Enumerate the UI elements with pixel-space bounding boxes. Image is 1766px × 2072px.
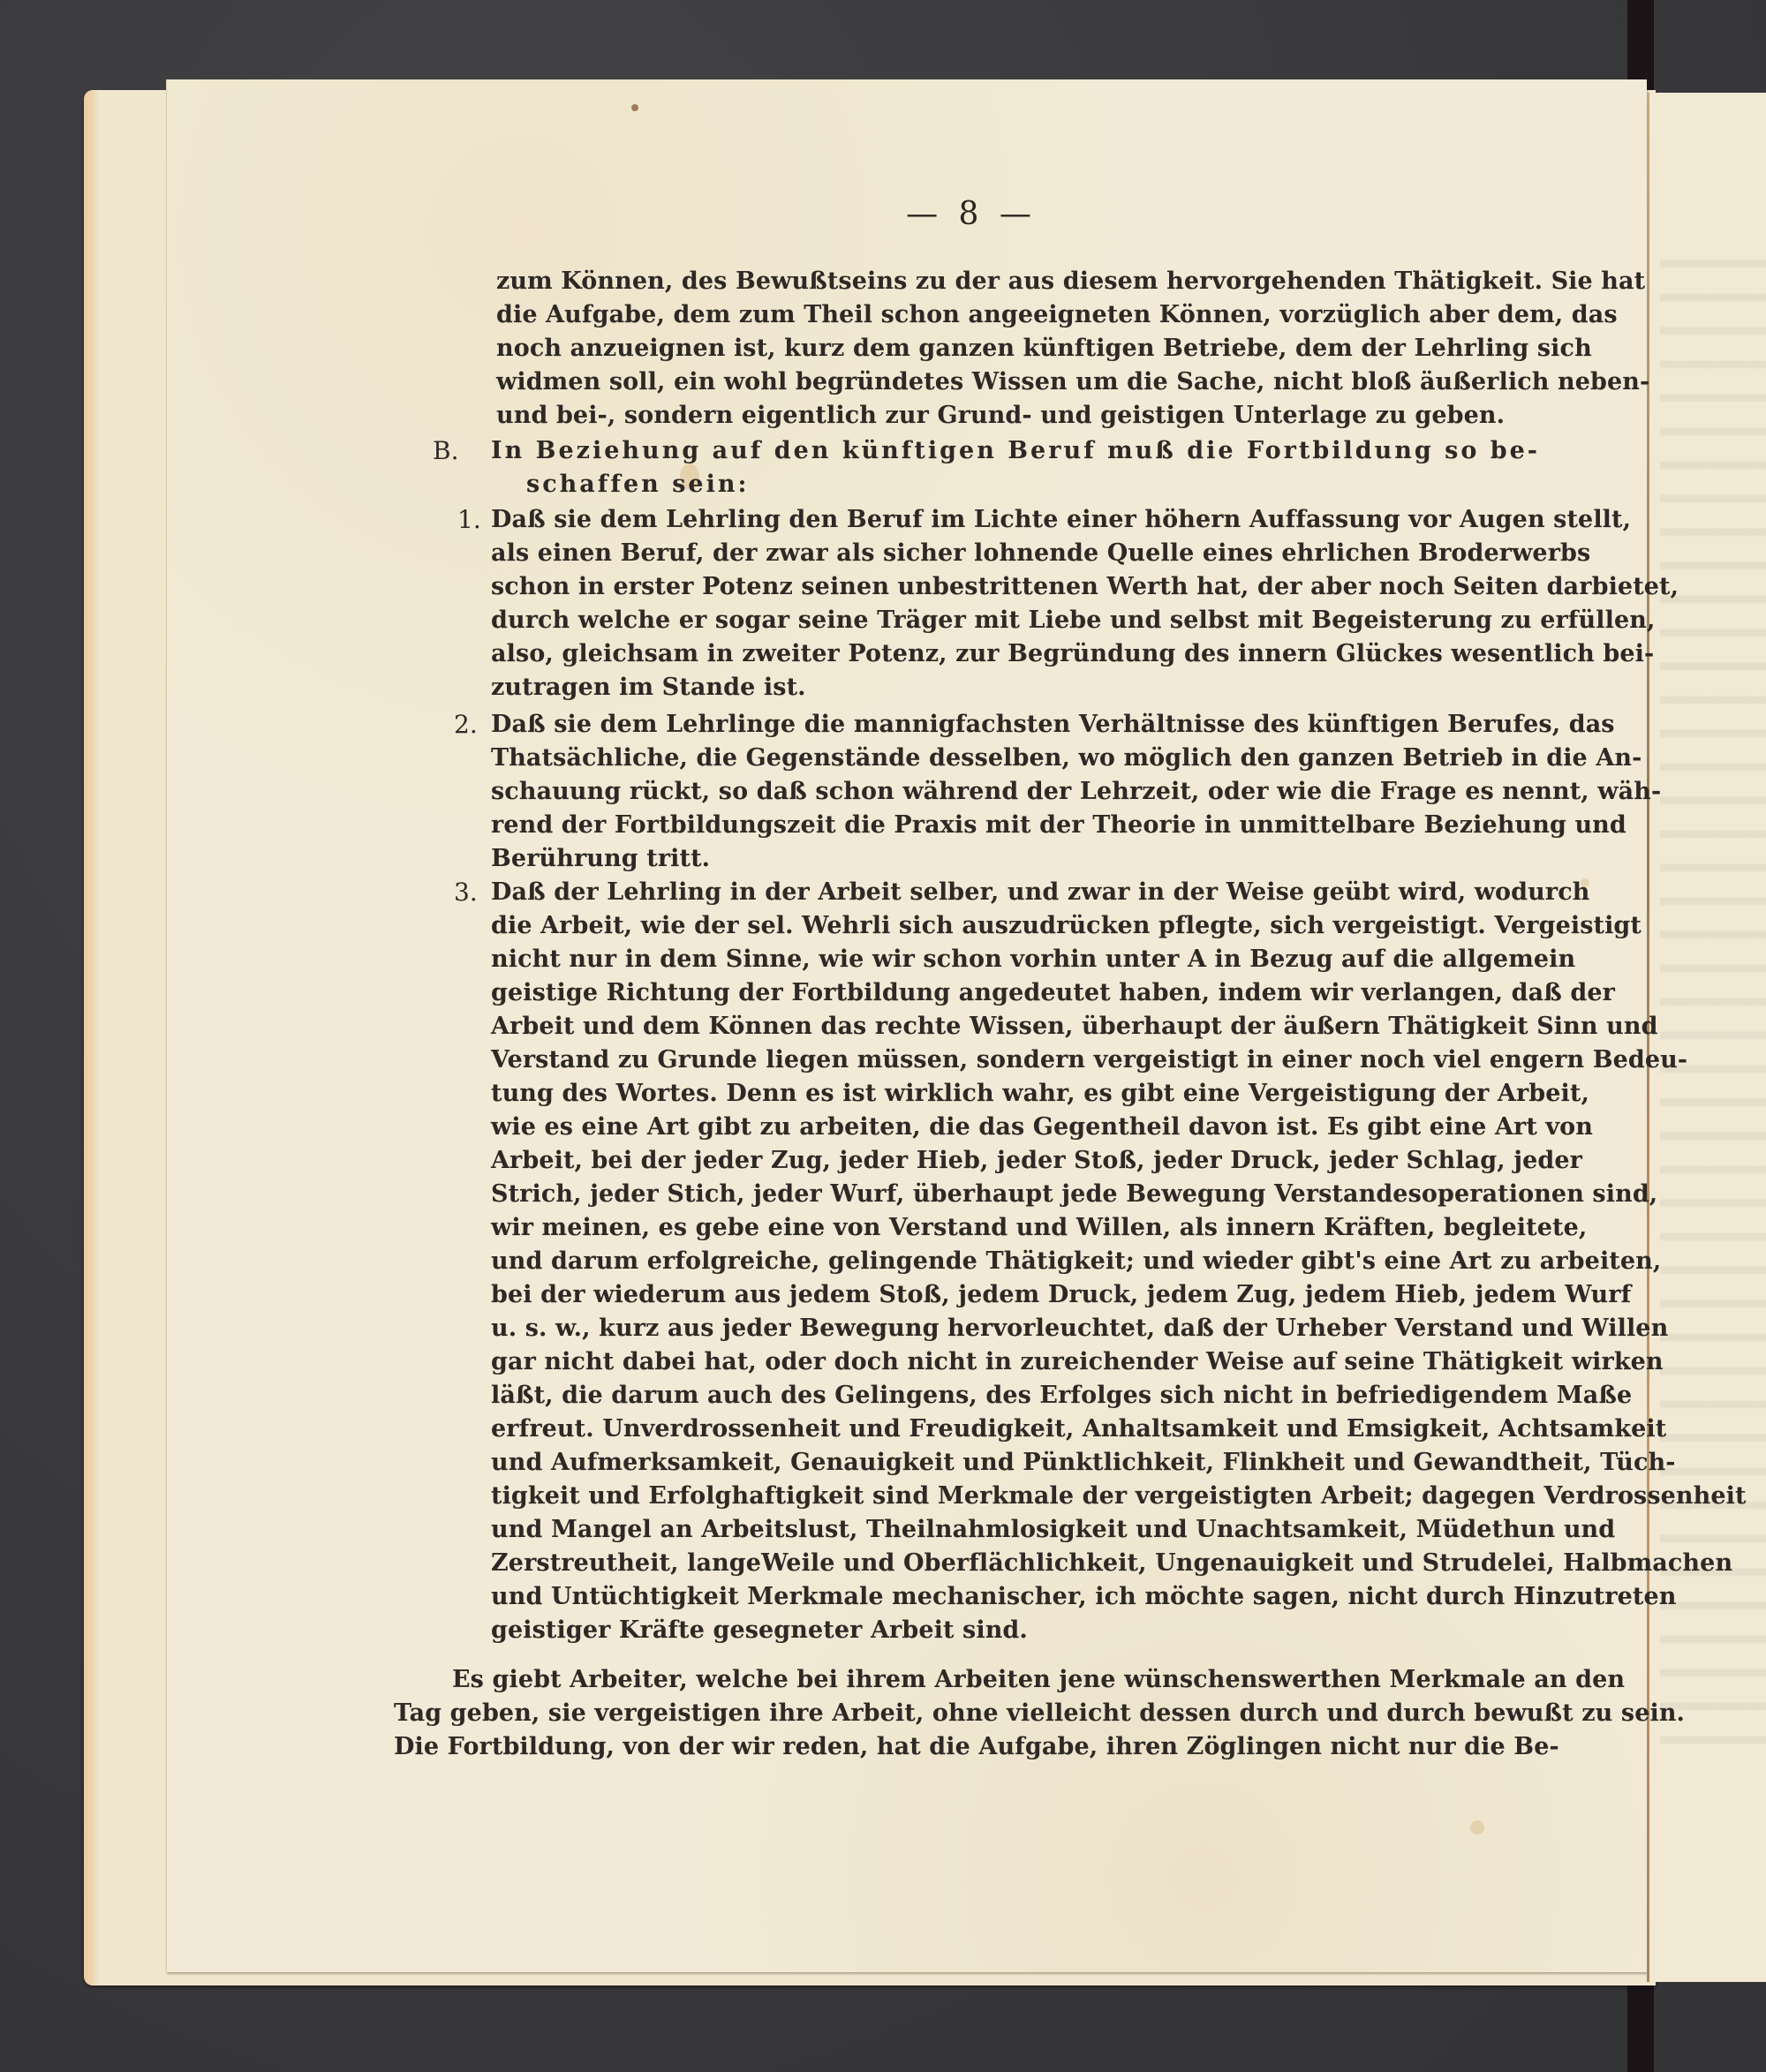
- text-line: die Aufgabe, dem zum Theil schon angeeig…: [496, 298, 1513, 332]
- text-line: läßt, die darum auch des Gelingens, des …: [491, 1379, 1513, 1413]
- text-line: u. s. w., kurz aus jeder Bewegung hervor…: [491, 1312, 1513, 1345]
- text-line: Es giebt Arbeiter, welche bei ihrem Arbe…: [452, 1663, 1513, 1697]
- page-number: — 8 —: [892, 196, 1051, 232]
- text-line: und bei-, sondern eigentlich zur Grund- …: [496, 399, 1513, 433]
- list-marker: 2.: [454, 708, 478, 742]
- section-marker: B.: [433, 434, 458, 468]
- text-line: die Arbeit, wie der sel. Wehrli sich aus…: [491, 909, 1513, 943]
- page-content: — 8 — zum Können, des Bewußtseins zu der…: [0, 0, 1766, 2072]
- text-line: Berührung tritt.: [491, 842, 1513, 876]
- list-marker: 3.: [454, 876, 478, 909]
- text-line: Daß sie dem Lehrlinge die mannigfachsten…: [491, 708, 1513, 742]
- text-line: zutragen im Stande ist.: [491, 671, 1513, 704]
- text-line: Daß der Lehrling in der Arbeit selber, u…: [491, 876, 1513, 909]
- text-line: nicht nur in dem Sinne, wie wir schon vo…: [491, 943, 1513, 976]
- text-line: tung des Wortes. Denn es ist wirklich wa…: [491, 1077, 1513, 1111]
- text-line: bei der wiederum aus jedem Stoß, jedem D…: [491, 1278, 1513, 1312]
- text-line: Die Fortbildung, von der wir reden, hat …: [394, 1730, 1513, 1764]
- text-line: Verstand zu Grunde liegen müssen, sonder…: [491, 1044, 1513, 1077]
- text-line: Arbeit, bei der jeder Zug, jeder Hieb, j…: [491, 1144, 1513, 1178]
- text-line: Tag geben, sie vergeistigen ihre Arbeit,…: [394, 1697, 1513, 1730]
- text-line: Strich, jeder Stich, jeder Wurf, überhau…: [491, 1178, 1513, 1211]
- text-line: geistige Richtung der Fortbildung angede…: [491, 976, 1513, 1010]
- text-line: gar nicht dabei hat, oder doch nicht in …: [491, 1345, 1513, 1379]
- text-line: geistiger Kräfte gesegneter Arbeit sind.: [491, 1614, 1513, 1647]
- text-line: schauung rückt, so daß schon während der…: [491, 775, 1513, 809]
- text-line: Daß sie dem Lehrling den Beruf im Lichte…: [491, 503, 1513, 537]
- text-line: schon in erster Potenz seinen unbestritt…: [491, 570, 1513, 604]
- list-marker: 1.: [457, 503, 481, 537]
- text-line: und Aufmerksamkeit, Genauigkeit und Pünk…: [491, 1446, 1513, 1480]
- text-line: zum Können, des Bewußtseins zu der aus d…: [496, 265, 1513, 298]
- text-line: Zerstreutheit, langeWeile und Oberflächl…: [491, 1547, 1513, 1580]
- text-line: Arbeit und dem Können das rechte Wissen,…: [491, 1010, 1513, 1044]
- text-line: widmen soll, ein wohl begründetes Wissen…: [496, 365, 1513, 399]
- text-line: erfreut. Unverdrossenheit und Freudigkei…: [491, 1413, 1513, 1446]
- section-heading-line: In Beziehung auf den künftigen Beruf muß…: [491, 434, 1513, 468]
- text-line: noch anzueignen ist, kurz dem ganzen kün…: [496, 332, 1513, 365]
- text-line: durch welche er sogar seine Träger mit L…: [491, 604, 1513, 637]
- text-line: also, gleichsam in zweiter Potenz, zur B…: [491, 637, 1513, 671]
- text-line: als einen Beruf, der zwar als sicher loh…: [491, 537, 1513, 570]
- text-line: rend der Fortbildungszeit die Praxis mit…: [491, 809, 1513, 842]
- text-line: wie es eine Art gibt zu arbeiten, die da…: [491, 1111, 1513, 1144]
- text-line: und Mangel an Arbeitslust, Theilnahmlosi…: [491, 1513, 1513, 1547]
- text-line: Thatsächliche, die Gegenstände desselben…: [491, 742, 1513, 775]
- text-line: und darum erfolgreiche, gelingende Thäti…: [491, 1245, 1513, 1278]
- text-line: und Untüchtigkeit Merkmale mechanischer,…: [491, 1580, 1513, 1614]
- text-line: wir meinen, es gebe eine von Verstand un…: [491, 1211, 1513, 1245]
- section-heading-line: schaffen sein:: [526, 468, 879, 501]
- text-line: tigkeit und Erfolghaftigkeit sind Merkma…: [491, 1480, 1513, 1513]
